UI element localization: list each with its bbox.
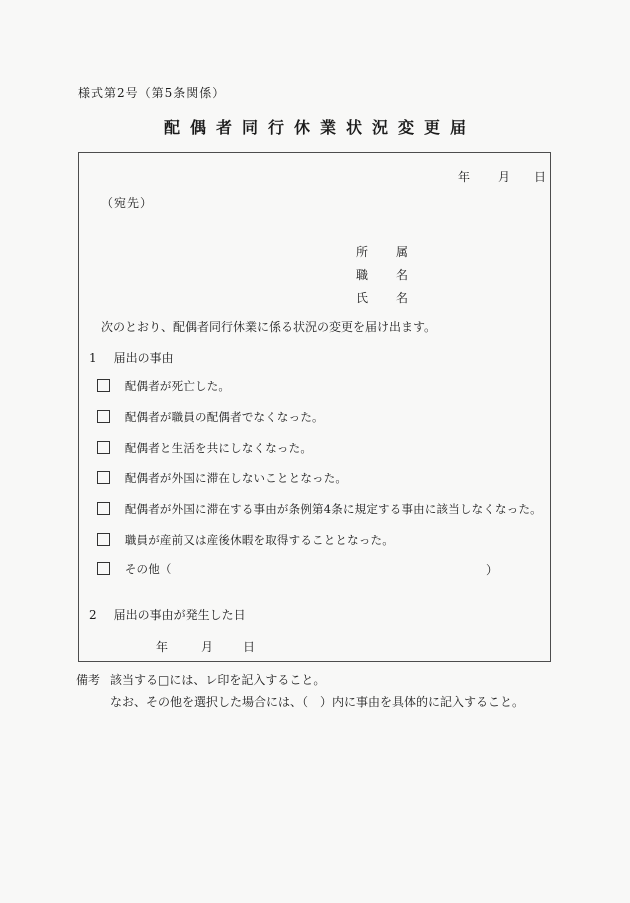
event-year-label: 年 — [156, 638, 168, 655]
month-label: 月 — [498, 168, 510, 185]
checkbox-other[interactable] — [97, 562, 110, 575]
reason-row-no-longer-cohabiting: 配偶者と生活を共にしなくなった。 — [97, 440, 550, 456]
section2-title: 届出の事由が発生した日 — [114, 608, 246, 622]
checkbox-no-longer-cohabiting[interactable] — [97, 441, 110, 454]
position-label-first: 職 — [356, 266, 368, 289]
affiliation-row: 所 属 — [356, 243, 408, 266]
intro-statement: 次のとおり、配偶者同行休業に係る状況の変更を届け出ます。 — [101, 318, 436, 335]
section2-number: 2 — [89, 608, 97, 622]
event-day-label: 日 — [243, 638, 255, 655]
reason-label: 配偶者と生活を共にしなくなった。 — [125, 441, 312, 455]
form-number: 様式第2号（第5条関係） — [78, 84, 225, 101]
document-page: 様式第2号（第5条関係） 配偶者同行休業状況変更届 年 月 日 （宛先） 所 属… — [0, 0, 630, 903]
year-label: 年 — [458, 168, 470, 185]
remarks-text1: 該当する□には、レ印を記入すること。 — [110, 669, 325, 691]
section2-heading: 2届出の事由が発生した日 — [89, 606, 246, 623]
day-label: 日 — [534, 168, 546, 185]
checkbox-maternity-leave[interactable] — [97, 533, 110, 546]
event-month-label: 月 — [201, 638, 213, 655]
reason-row-maternity-leave: 職員が産前又は産後休暇を取得することとなった。 — [97, 532, 550, 548]
section1-heading: 1届出の事由 — [89, 349, 174, 366]
checkbox-spouse-died[interactable] — [97, 379, 110, 392]
checkbox-no-longer-abroad[interactable] — [97, 471, 110, 484]
form-border-box: 年 月 日 （宛先） 所 属 職 名 氏 名 次のとおり、配偶者同行休業に係る状… — [78, 152, 551, 662]
reason-row-other: その他（ ） — [97, 561, 550, 577]
name-label-second: 名 — [396, 289, 408, 312]
affiliation-label-second: 属 — [396, 243, 408, 266]
reason-row-no-longer-spouse: 配偶者が職員の配偶者でなくなった。 — [97, 409, 550, 425]
section1-title: 届出の事由 — [114, 351, 174, 365]
reason-label: 職員が産前又は産後休暇を取得することとなった。 — [125, 533, 394, 547]
remarks-line2: なお、その他を選択した場合には、（ ）内に事由を具体的に記入すること。 — [76, 691, 524, 713]
reason-row-no-longer-abroad: 配偶者が外国に滞在しないこととなった。 — [97, 470, 550, 486]
reason-label: 配偶者が外国に滞在する事由が条例第4条に規定する事由に該当しなくなった。 — [125, 502, 542, 516]
position-row: 職 名 — [356, 266, 408, 289]
page-title: 配偶者同行休業状況変更届 — [0, 115, 630, 138]
event-date-line: 年 月 日 — [156, 638, 255, 655]
name-label-first: 氏 — [356, 289, 368, 312]
section1-number: 1 — [89, 351, 97, 365]
checkbox-no-longer-spouse[interactable] — [97, 410, 110, 423]
submission-date-line: 年 月 日 — [458, 168, 546, 185]
signature-block: 所 属 職 名 氏 名 — [356, 243, 408, 312]
reason-label: 配偶者が職員の配偶者でなくなった。 — [125, 410, 324, 424]
checkbox-article4-not-applicable[interactable] — [97, 502, 110, 515]
other-close-paren: ） — [486, 561, 498, 578]
reason-label-other: その他（ — [125, 562, 172, 576]
addressee-label: （宛先） — [101, 194, 153, 211]
remarks-line1: 備考 該当する□には、レ印を記入すること。 — [76, 669, 524, 691]
reason-row-spouse-died: 配偶者が死亡した。 — [97, 378, 550, 394]
affiliation-label-first: 所 — [356, 243, 368, 266]
name-row: 氏 名 — [356, 289, 408, 312]
position-label-second: 名 — [396, 266, 408, 289]
reason-label: 配偶者が外国に滞在しないこととなった。 — [125, 471, 347, 485]
remarks-block: 備考 該当する□には、レ印を記入すること。 なお、その他を選択した場合には、（ … — [76, 669, 524, 713]
reason-label: 配偶者が死亡した。 — [125, 379, 230, 393]
reason-row-article4-not-applicable: 配偶者が外国に滞在する事由が条例第4条に規定する事由に該当しなくなった。 — [97, 501, 550, 517]
remarks-label: 備考 — [76, 669, 110, 691]
